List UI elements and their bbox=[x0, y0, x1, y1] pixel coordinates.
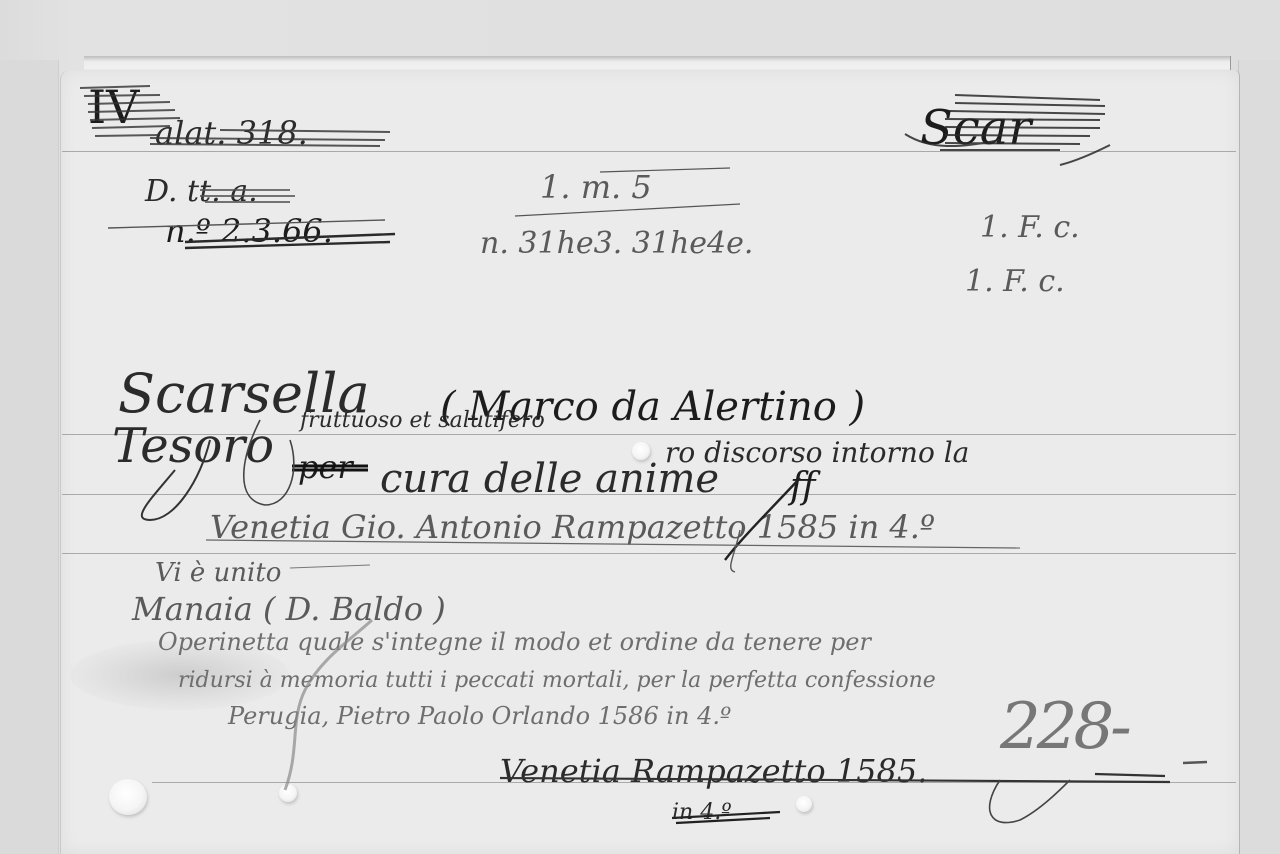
second-author: Manaia ( D. Baldo ) bbox=[132, 590, 446, 628]
roman-numeral: IV bbox=[88, 80, 139, 134]
second-title-line1: Operinetta quale s'integne il modo et or… bbox=[158, 628, 871, 656]
inventory-numbers: n. 31he3. 31he4e. bbox=[480, 226, 753, 261]
interlinear-insertion: fruttuoso et salutifero bbox=[300, 408, 545, 433]
second-imprint: Perugia, Pietro Paolo Orlando 1586 in 4.… bbox=[228, 702, 731, 730]
location-code: 1. m. 5 bbox=[540, 168, 652, 206]
imprint: Venetia Gio. Antonio Rampazetto 1585 in … bbox=[210, 508, 935, 546]
punch-hole-small-left bbox=[279, 784, 297, 802]
punch-hole-small-bottom bbox=[796, 796, 812, 812]
format-code-1: 1. F. c. bbox=[980, 210, 1080, 245]
backing-left-edge bbox=[0, 60, 59, 854]
backing-right-edge bbox=[1238, 60, 1280, 854]
pencil-item-number: 228- bbox=[1000, 690, 1128, 764]
second-title-line2: ridursi à memoria tutti i peccati mortal… bbox=[178, 668, 936, 693]
shelfmark-line3-struck: n.º 2.3.66. bbox=[165, 212, 333, 250]
shelfmark-struck: alat. 318. bbox=[155, 114, 308, 152]
struck-imprint: Venetia Rampazetto 1585. bbox=[500, 752, 927, 790]
shelfmark-line2-struck: D. tt. a. bbox=[145, 174, 258, 209]
bound-with-note: Vi è unito bbox=[155, 558, 281, 588]
title-line2: cura delle anime bbox=[380, 456, 719, 502]
struck-heading: Scar bbox=[920, 100, 1031, 156]
title-first-word: Tesoro bbox=[112, 418, 274, 474]
ruled-line-4 bbox=[62, 553, 1236, 554]
struck-format: in 4.º bbox=[672, 800, 732, 825]
punch-hole-large bbox=[109, 779, 147, 815]
title-flourish: ff bbox=[790, 466, 816, 507]
format-code-2: 1. F. c. bbox=[965, 264, 1065, 299]
title-struck-word: per bbox=[298, 448, 353, 486]
